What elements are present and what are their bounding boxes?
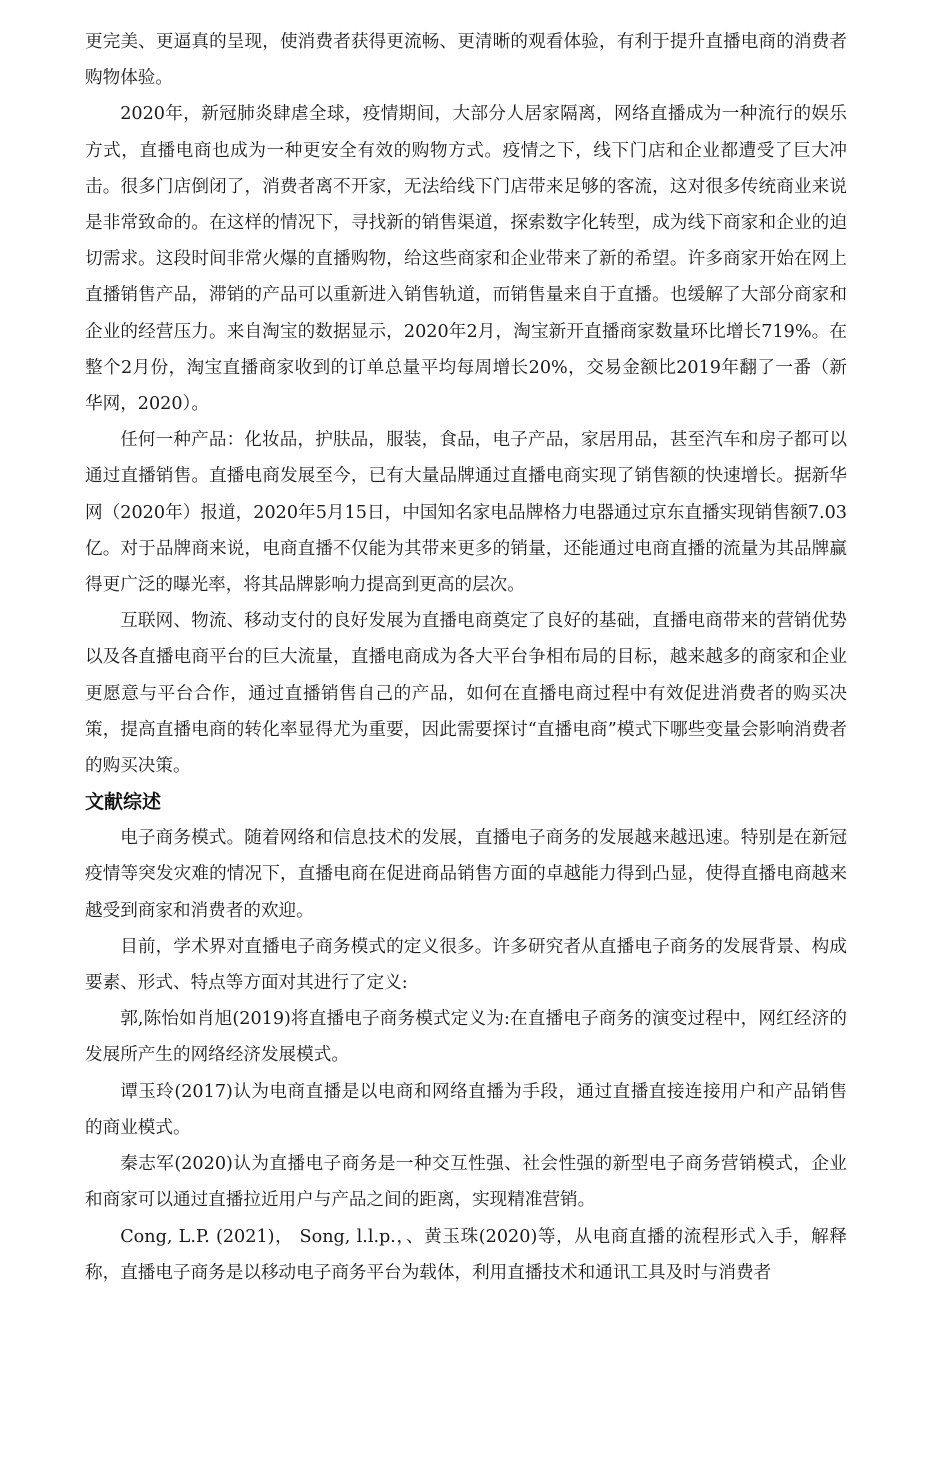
document-page: 更完美、更逼真的呈现，使消费者获得更流畅、更清晰的观看体验，有利于提升直播电商的… bbox=[85, 24, 847, 1291]
paragraph-review-3: 郭,陈怡如肖旭(2019)将直播电子商务模式定义为:在直播电子商务的演变过程中，… bbox=[85, 1001, 847, 1073]
paragraph-review-2: 目前，学术界对直播电子商务模式的定义很多。许多研究者从直播电子商务的发展背景、构… bbox=[85, 929, 847, 1001]
paragraph-intro-1: 更完美、更逼真的呈现，使消费者获得更流畅、更清晰的观看体验，有利于提升直播电商的… bbox=[85, 24, 847, 96]
section-heading-literature-review: 文献综述 bbox=[85, 784, 847, 820]
paragraph-review-4: 谭玉玲(2017)认为电商直播是以电商和网络直播为手段，通过直播直接连接用户和产… bbox=[85, 1074, 847, 1146]
paragraph-intro-2: 2020年，新冠肺炎肆虐全球，疫情期间，大部分人居家隔离，网络直播成为一种流行的… bbox=[85, 96, 847, 422]
paragraph-intro-4: 互联网、物流、移动支付的良好发展为直播电商奠定了良好的基础，直播电商带来的营销优… bbox=[85, 603, 847, 784]
paragraph-review-6: Cong, L.P. (2021)， Song, l.l.p.，、黄玉珠(202… bbox=[85, 1219, 847, 1291]
paragraph-intro-3: 任何一种产品：化妆品，护肤品，服装，食品，电子产品，家居用品，甚至汽车和房子都可… bbox=[85, 422, 847, 603]
paragraph-review-1: 电子商务模式。随着网络和信息技术的发展，直播电子商务的发展越来越迅速。特别是在新… bbox=[85, 820, 847, 929]
paragraph-review-5: 秦志军(2020)认为直播电子商务是一种交互性强、社会性强的新型电子商务营销模式… bbox=[85, 1146, 847, 1218]
